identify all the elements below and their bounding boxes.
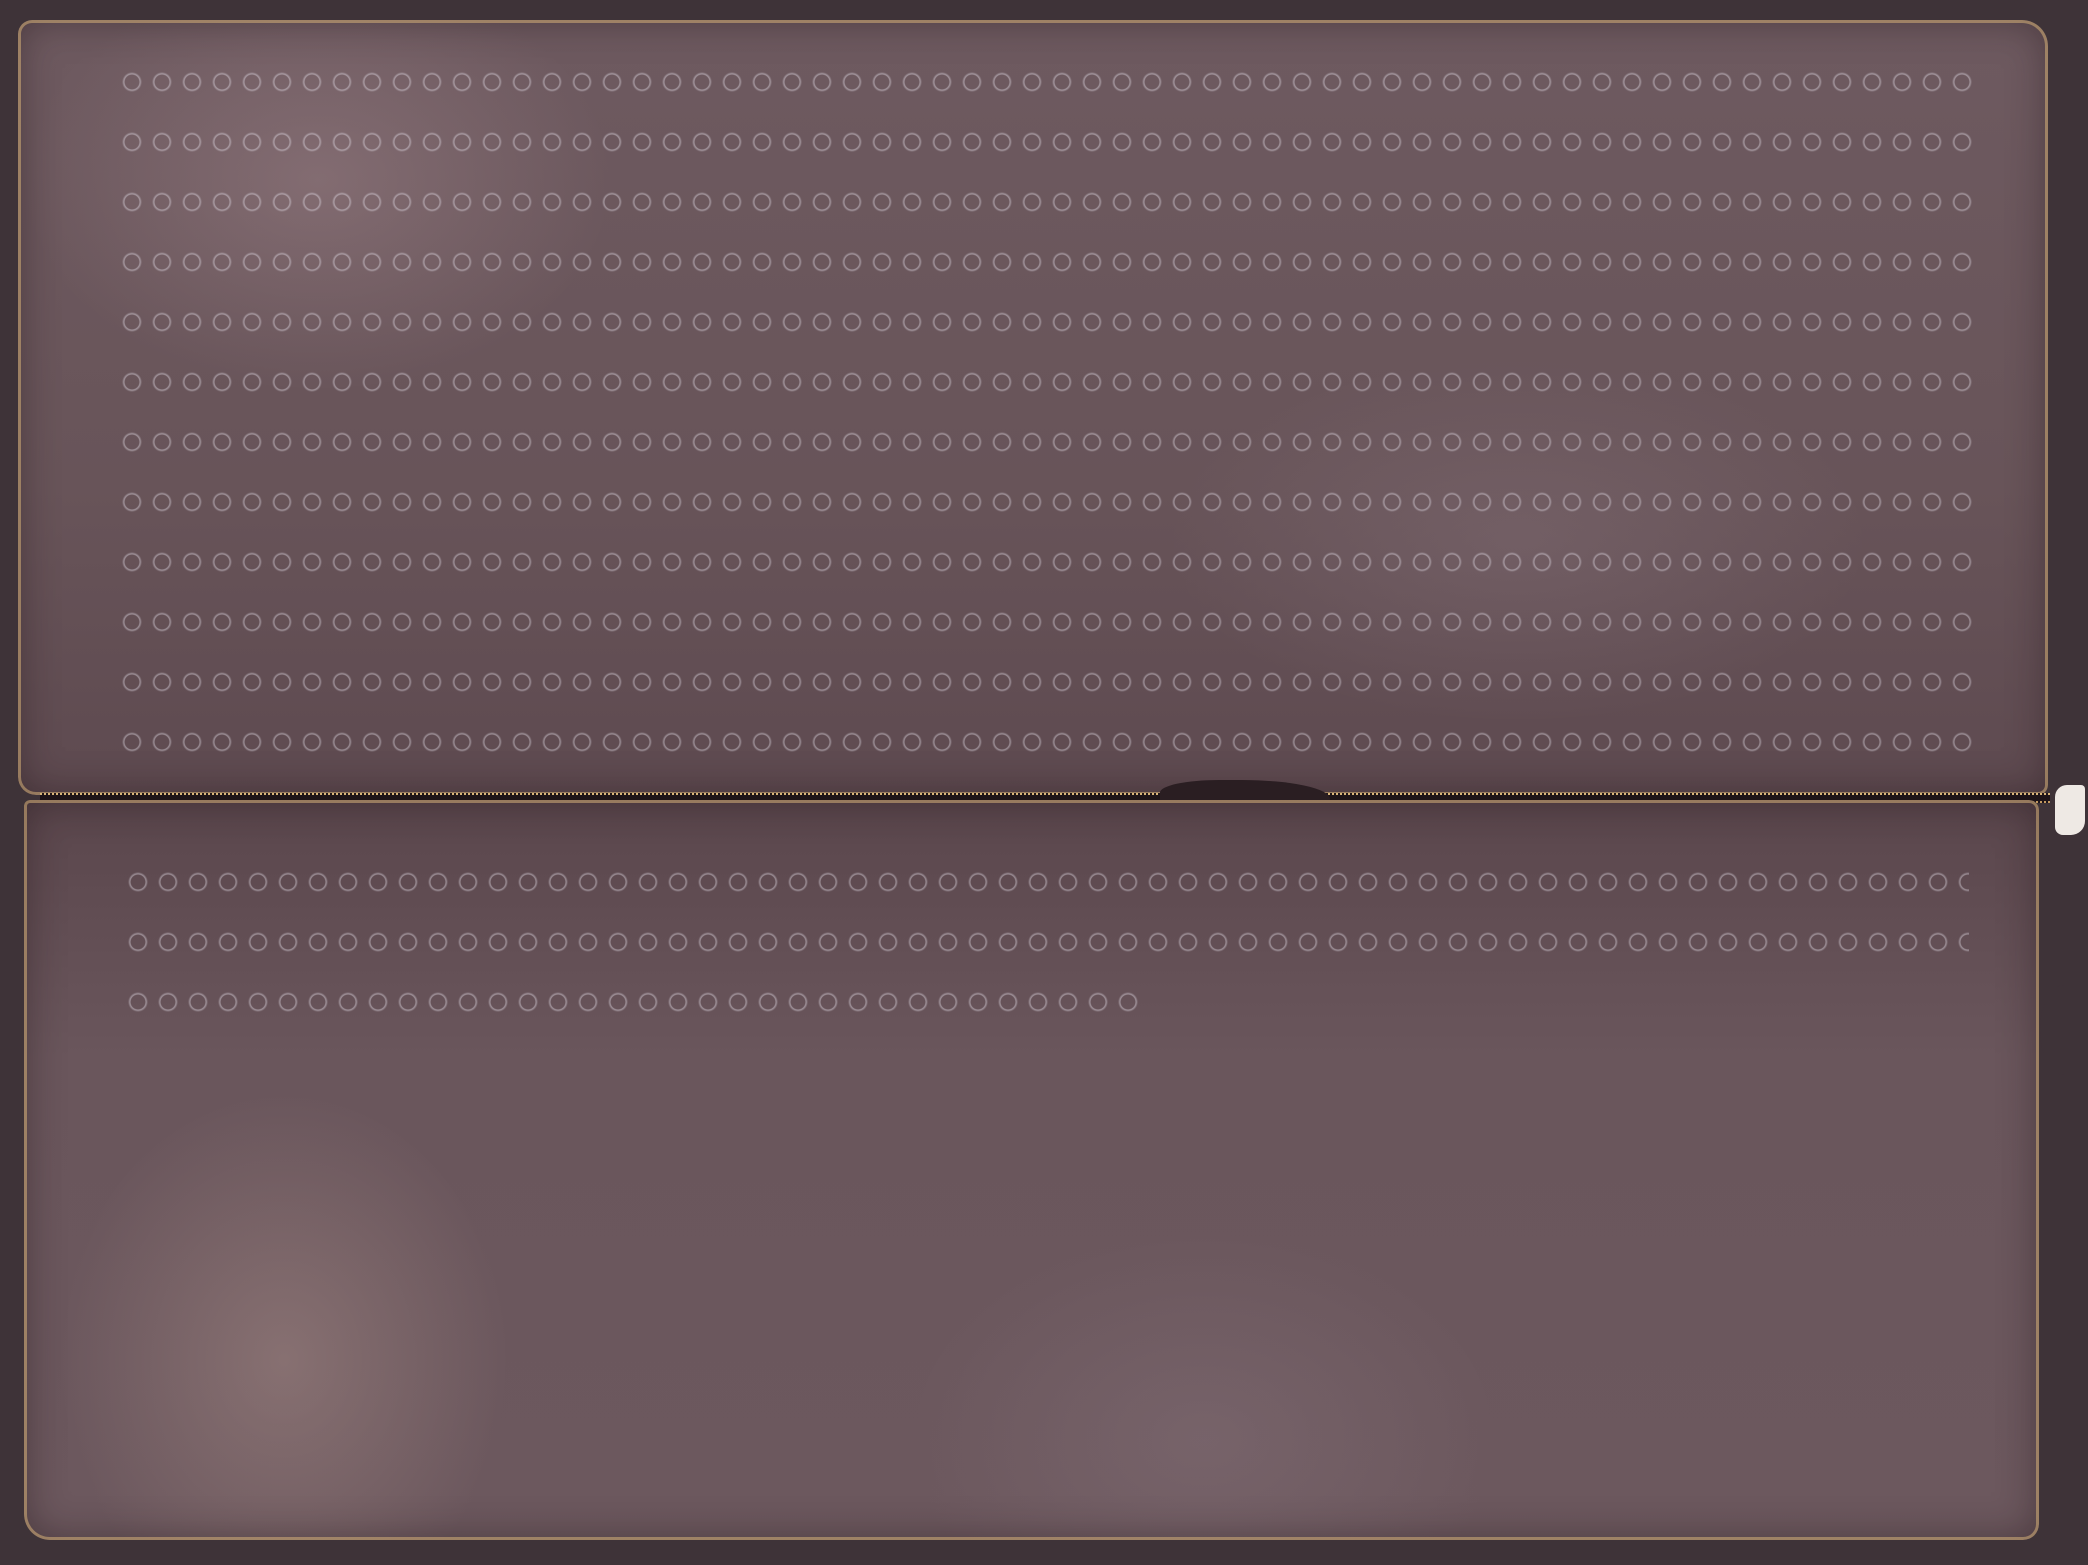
script-line: [118, 480, 1978, 524]
script-line: [124, 980, 1139, 1024]
script-line: [118, 300, 1978, 344]
script-line: [118, 360, 1978, 404]
script-line: [118, 240, 1978, 284]
script-line: [118, 720, 1978, 764]
bottom-leaf-script: [124, 860, 1969, 1040]
script-line: [118, 600, 1978, 644]
top-leaf-script: [118, 60, 1978, 780]
manuscript-bottom-leaf: [24, 800, 2039, 1540]
edge-damage: [2040, 985, 2088, 1075]
manuscript-top-leaf: [18, 20, 2048, 795]
script-line: [118, 180, 1978, 224]
paper-tag: [2055, 785, 2085, 835]
script-line: [118, 60, 1978, 104]
script-line: [118, 540, 1978, 584]
script-line: [118, 120, 1978, 164]
script-line: [124, 860, 1969, 904]
script-line: [124, 920, 1969, 964]
script-line: [118, 420, 1978, 464]
script-line: [118, 660, 1978, 704]
